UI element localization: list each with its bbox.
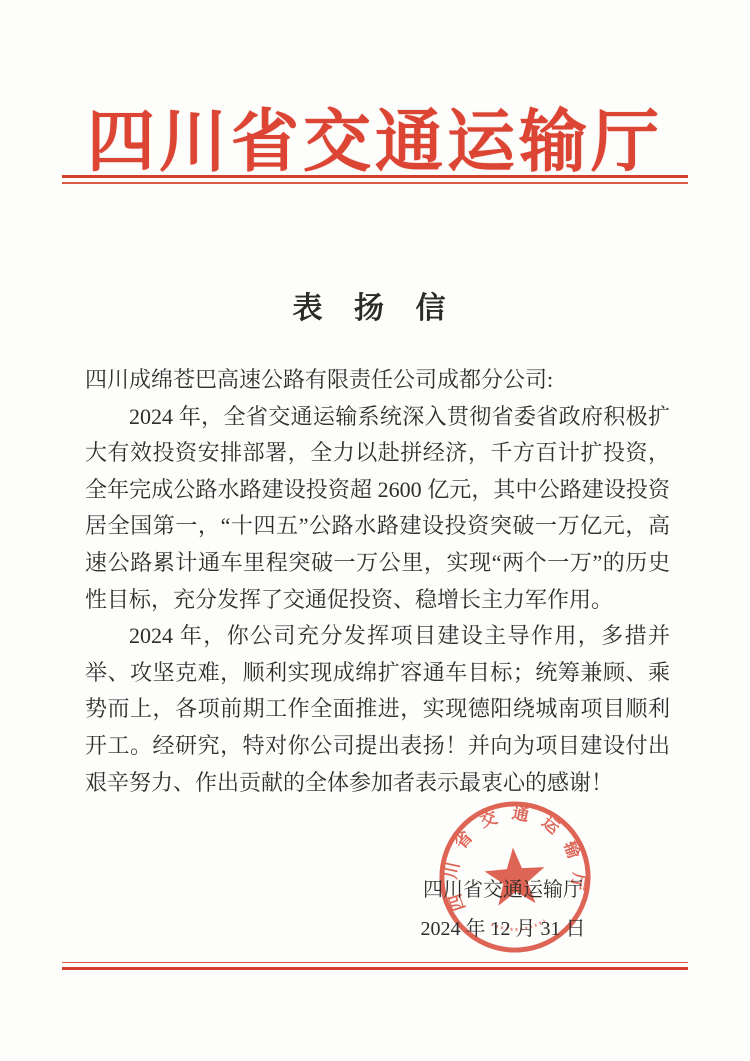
agency-letterhead: 四川省交通运输厅: [0, 88, 750, 185]
body-paragraph: 2024 年，全省交通运输系统深入贯彻省委省政府积极扩大有效投资安排部署，全力以…: [85, 399, 670, 619]
issue-date: 2024 年 12 月 31 日: [388, 910, 618, 949]
issuer-signature: 四川省交通运输厅: [388, 871, 618, 910]
letter-body: 四川成绵苍巴高速公路有限责任公司成都分公司: 2024 年，全省交通运输系统深入…: [85, 362, 670, 801]
letterhead-divider: [62, 175, 688, 184]
body-paragraph: 2024 年，你公司充分发挥项目建设主导作用，多措并举、攻坚克难，顺利实现成绵扩…: [85, 618, 670, 801]
letter-title: 表 扬 信: [0, 283, 750, 327]
footer-divider: [62, 962, 688, 970]
salutation: 四川成绵苍巴高速公路有限责任公司成都分公司:: [85, 362, 670, 399]
commendation-letter-page: 四川省交通运输厅 表 扬 信 四川成绵苍巴高速公路有限责任公司成都分公司: 20…: [0, 0, 750, 1061]
signature-block: 四川省交通运输厅 2024 年 12 月 31 日: [388, 871, 618, 949]
